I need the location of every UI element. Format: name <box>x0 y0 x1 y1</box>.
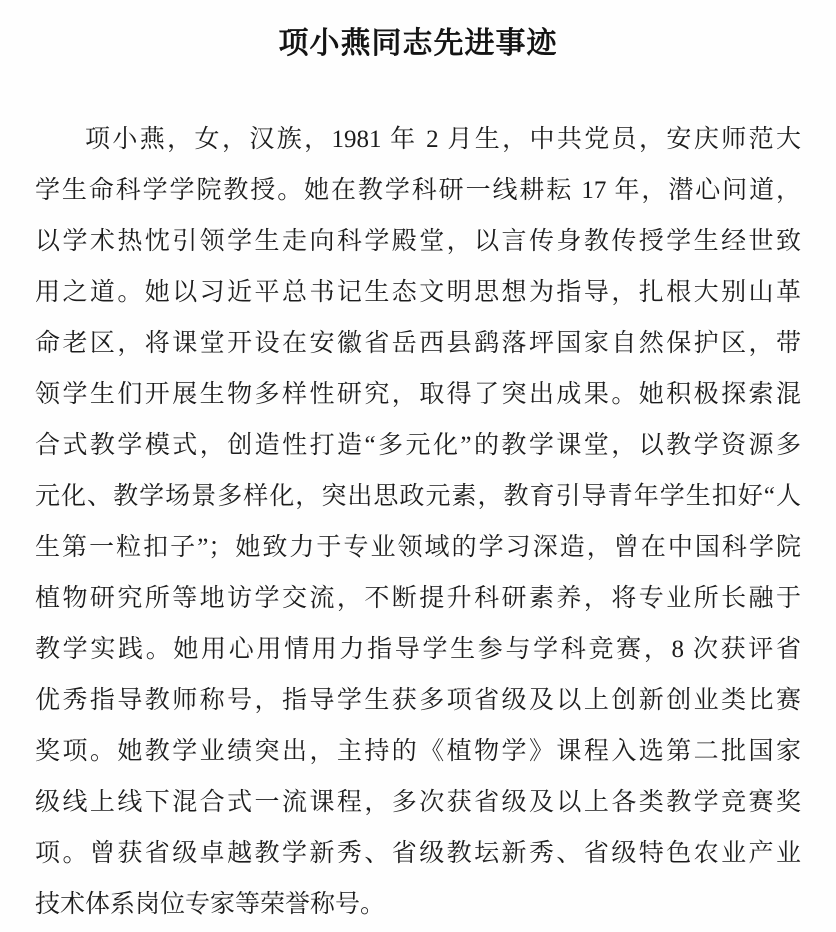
paragraph-line: 元化、教学场景多样化，突出思政元素，教育引导青年学生扣好“人 <box>35 471 801 522</box>
paragraph-line: 级线上线下混合式一流课程，多次获省级及以上各类教学竞赛奖 <box>35 777 801 828</box>
paragraph-line: 学生命科学学院教授。她在教学科研一线耕耘 17 年，潜心问道， <box>35 165 801 216</box>
paragraph-line: 领学生们开展生物多样性研究，取得了突出成果。她积极探索混 <box>35 369 801 420</box>
paragraph-line: 植物研究所等地访学交流，不断提升科研素养，将专业所长融于 <box>35 573 801 624</box>
document-body: 项小燕，女，汉族，1981 年 2 月生，中共党员，安庆师范大 学生命科学学院教… <box>0 68 836 930</box>
paragraph-line: 优秀指导教师称号，指导学生获多项省级及以上创新创业类比赛 <box>35 675 801 726</box>
document-page: 项小燕同志先进事迹 项小燕，女，汉族，1981 年 2 月生，中共党员，安庆师范… <box>0 0 836 932</box>
paragraph-line: 生第一粒扣子”；她致力于专业领域的学习深造，曾在中国科学院 <box>35 522 801 573</box>
paragraph-line: 教学实践。她用心用情用力指导学生参与学科竞赛，8 次获评省 <box>35 624 801 675</box>
document-title: 项小燕同志先进事迹 <box>0 26 836 68</box>
paragraph-line: 命老区，将课堂开设在安徽省岳西县鹞落坪国家自然保护区，带 <box>35 318 801 369</box>
paragraph-line: 项小燕，女，汉族，1981 年 2 月生，中共党员，安庆师范大 <box>35 114 801 165</box>
paragraph-line: 项。曾获省级卓越教学新秀、省级教坛新秀、省级特色农业产业 <box>35 828 801 879</box>
paragraph-line: 奖项。她教学业绩突出，主持的《植物学》课程入选第二批国家 <box>35 726 801 777</box>
paragraph-line: 用之道。她以习近平总书记生态文明思想为指导，扎根大别山革 <box>35 267 801 318</box>
paragraph-line: 合式教学模式，创造性打造“多元化”的教学课堂，以教学资源多 <box>35 420 801 471</box>
paragraph-line: 以学术热忱引领学生走向科学殿堂，以言传身教传授学生经世致 <box>35 216 801 267</box>
paragraph-line: 技术体系岗位专家等荣誉称号。 <box>35 879 801 930</box>
